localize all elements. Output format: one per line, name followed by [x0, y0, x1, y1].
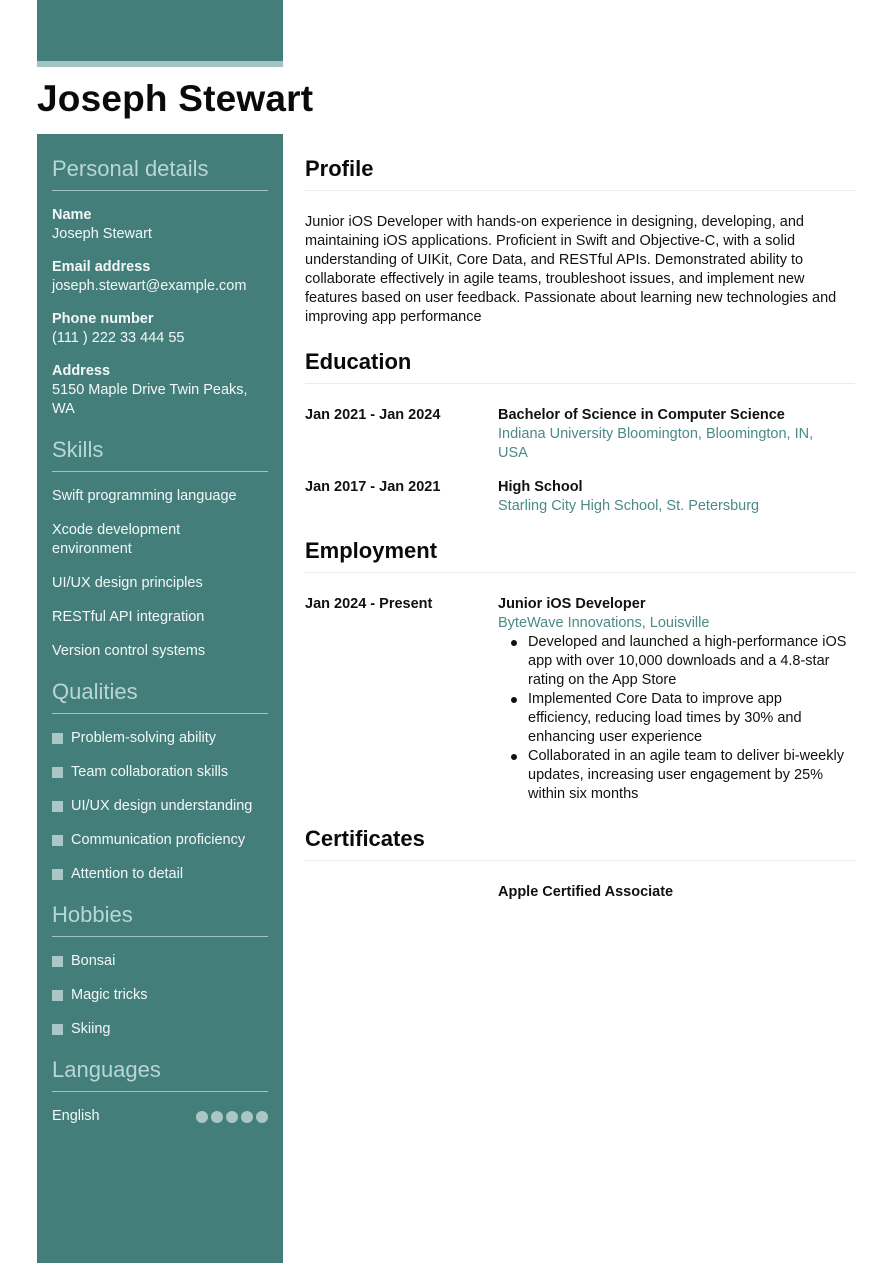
quality-label: Communication proficiency	[71, 831, 245, 850]
sidebar: Personal details Name Joseph Stewart Ema…	[37, 134, 283, 1263]
skills-section: Skills Swift programming language Xcode …	[52, 437, 268, 661]
hobby-label: Bonsai	[71, 952, 115, 971]
certificates-heading: Certificates	[305, 826, 855, 861]
entry-date: Jan 2024 - Present	[305, 595, 498, 804]
detail-phone: Phone number (111 ) 222 33 444 55	[52, 310, 268, 348]
square-bullet-icon	[52, 1024, 63, 1035]
entry-title: High School	[498, 478, 855, 497]
detail-address: Address 5150 Maple Drive Twin Peaks, WA	[52, 362, 268, 419]
detail-label: Phone number	[52, 310, 268, 329]
quality-item: Attention to detail	[52, 865, 268, 884]
quality-label: UI/UX design understanding	[71, 797, 252, 816]
quality-item: Communication proficiency	[52, 831, 268, 850]
personal-details-heading: Personal details	[52, 156, 268, 191]
rating-dot-icon	[226, 1111, 238, 1123]
entry-date: Jan 2021 - Jan 2024	[305, 406, 498, 463]
language-item: English	[52, 1107, 268, 1126]
rating-dot-icon	[241, 1111, 253, 1123]
profile-summary: Junior iOS Developer with hands-on exper…	[305, 213, 855, 327]
qualities-heading: Qualities	[52, 679, 268, 714]
entry-date	[305, 883, 498, 902]
detail-label: Name	[52, 206, 268, 225]
quality-item: UI/UX design understanding	[52, 797, 268, 816]
detail-label: Address	[52, 362, 268, 381]
skill-item: UI/UX design principles	[52, 574, 268, 593]
achievement-item: Implemented Core Data to improve app eff…	[498, 690, 828, 747]
quality-label: Attention to detail	[71, 865, 183, 884]
certificates-section: Certificates Apple Certified Associate	[305, 826, 855, 902]
detail-value: Joseph Stewart	[52, 225, 268, 244]
main-content: Profile Junior iOS Developer with hands-…	[305, 156, 855, 924]
profile-section: Profile Junior iOS Developer with hands-…	[305, 156, 855, 327]
entry-body: Bachelor of Science in Computer Science …	[498, 406, 855, 463]
quality-item: Team collaboration skills	[52, 763, 268, 782]
entry-body: High School Starling City High School, S…	[498, 478, 855, 516]
rating-dot-icon	[211, 1111, 223, 1123]
skill-item: Xcode development environment	[52, 521, 202, 559]
entry-subtitle: Starling City High School, St. Petersbur…	[498, 497, 855, 516]
skills-heading: Skills	[52, 437, 268, 472]
header-color-band	[37, 0, 283, 61]
detail-value: (111 ) 222 33 444 55	[52, 329, 268, 348]
certificate-title: Apple Certified Associate	[498, 883, 855, 902]
square-bullet-icon	[52, 733, 63, 744]
square-bullet-icon	[52, 801, 63, 812]
quality-label: Problem-solving ability	[71, 729, 216, 748]
languages-heading: Languages	[52, 1057, 268, 1092]
detail-email: Email address joseph.stewart@example.com	[52, 258, 268, 296]
entry-date: Jan 2017 - Jan 2021	[305, 478, 498, 516]
entry-title: Junior iOS Developer	[498, 595, 855, 614]
hobby-item: Bonsai	[52, 952, 268, 971]
languages-section: Languages English	[52, 1057, 268, 1126]
detail-value: 5150 Maple Drive Twin Peaks, WA	[52, 381, 268, 419]
language-level-rating	[196, 1111, 268, 1123]
skill-item: RESTful API integration	[52, 608, 268, 627]
education-section: Education Jan 2021 - Jan 2024 Bachelor o…	[305, 349, 855, 516]
certificate-entry: Apple Certified Associate	[305, 883, 855, 902]
hobby-label: Skiing	[71, 1020, 111, 1039]
employment-heading: Employment	[305, 538, 855, 573]
square-bullet-icon	[52, 835, 63, 846]
detail-label: Email address	[52, 258, 268, 277]
skill-item: Version control systems	[52, 642, 268, 661]
square-bullet-icon	[52, 956, 63, 967]
employment-section: Employment Jan 2024 - Present Junior iOS…	[305, 538, 855, 804]
entry-body: Apple Certified Associate	[498, 883, 855, 902]
hobbies-section: Hobbies Bonsai Magic tricks Skiing	[52, 902, 268, 1039]
hobby-label: Magic tricks	[71, 986, 148, 1005]
education-entry: Jan 2017 - Jan 2021 High School Starling…	[305, 478, 855, 516]
hobbies-heading: Hobbies	[52, 902, 268, 937]
detail-name: Name Joseph Stewart	[52, 206, 268, 244]
quality-label: Team collaboration skills	[71, 763, 228, 782]
square-bullet-icon	[52, 767, 63, 778]
header-accent-stripe	[37, 61, 283, 67]
entry-body: Junior iOS Developer ByteWave Innovation…	[498, 595, 855, 804]
achievement-list: Developed and launched a high-performanc…	[498, 633, 855, 804]
achievement-item: Developed and launched a high-performanc…	[498, 633, 848, 690]
quality-item: Problem-solving ability	[52, 729, 268, 748]
entry-title: Bachelor of Science in Computer Science	[498, 406, 855, 425]
education-entry: Jan 2021 - Jan 2024 Bachelor of Science …	[305, 406, 855, 463]
candidate-name: Joseph Stewart	[37, 78, 313, 120]
language-name: English	[52, 1107, 100, 1126]
square-bullet-icon	[52, 869, 63, 880]
rating-dot-icon	[256, 1111, 268, 1123]
hobby-item: Magic tricks	[52, 986, 268, 1005]
profile-heading: Profile	[305, 156, 855, 191]
hobby-item: Skiing	[52, 1020, 268, 1039]
skill-item: Swift programming language	[52, 487, 268, 506]
achievement-item: Collaborated in an agile team to deliver…	[498, 747, 855, 804]
square-bullet-icon	[52, 990, 63, 1001]
rating-dot-icon	[196, 1111, 208, 1123]
email-link[interactable]: joseph.stewart@example.com	[52, 277, 268, 296]
entry-subtitle: ByteWave Innovations, Louisville	[498, 614, 855, 633]
employment-entry: Jan 2024 - Present Junior iOS Developer …	[305, 595, 855, 804]
education-heading: Education	[305, 349, 855, 384]
personal-details-section: Personal details Name Joseph Stewart Ema…	[52, 156, 268, 419]
qualities-section: Qualities Problem-solving ability Team c…	[52, 679, 268, 884]
entry-subtitle: Indiana University Bloomington, Blooming…	[498, 425, 833, 463]
